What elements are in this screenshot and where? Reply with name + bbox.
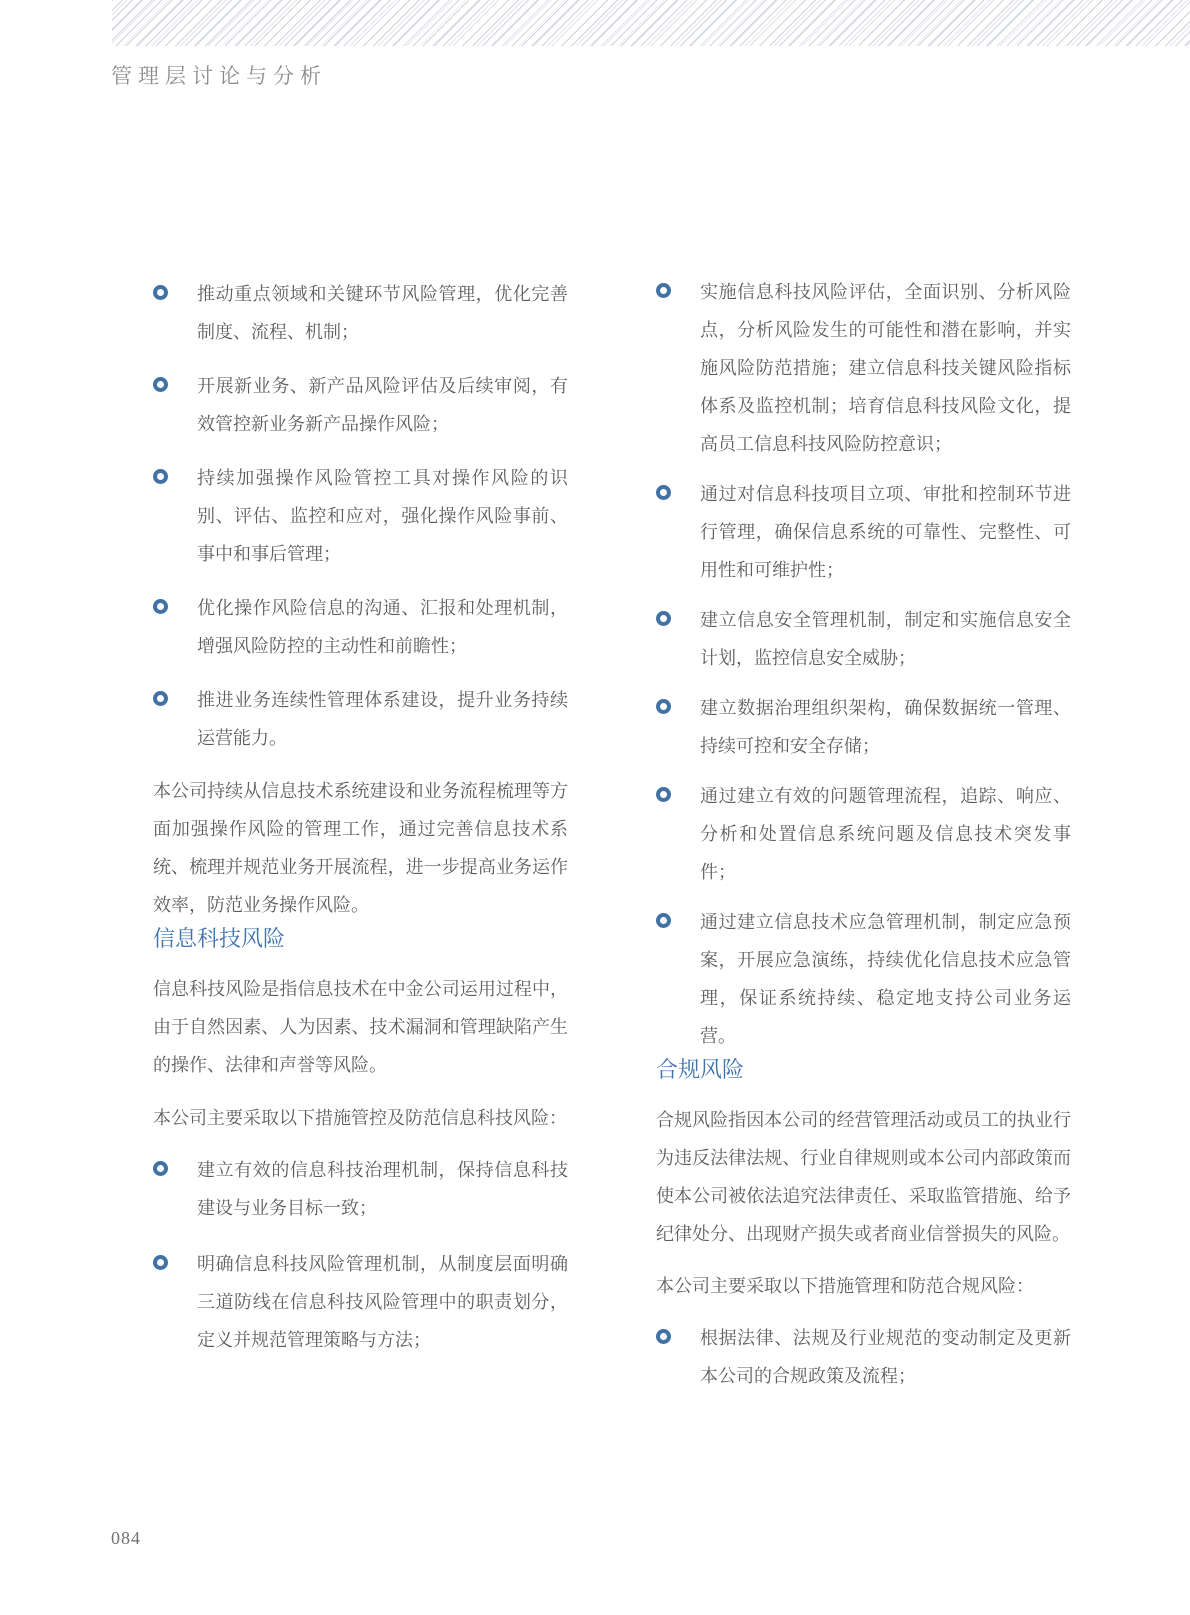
- bullet-text: 优化操作风险信息的沟通、汇报和处理机制，增强风险防控的主动性和前瞻性；: [197, 589, 568, 665]
- diagonal-hatch-band: [112, 0, 1190, 46]
- compliance-risk-measures-intro-paragraph: 本公司主要采取以下措施管理和防范合规风险：: [656, 1267, 1071, 1305]
- page-header-title: 管理层讨论与分析: [111, 60, 327, 90]
- right-column: 实施信息科技风险评估，全面识别、分析风险点，分析风险发生的可能性和潜在影响，并实…: [656, 273, 1071, 1395]
- it-risk-definition-paragraph: 信息科技风险是指信息技术在中金公司运用过程中，由于自然因素、人为因素、技术漏洞和…: [153, 970, 568, 1084]
- bullet-text: 推进业务连续性管理体系建设，提升业务持续运营能力。: [197, 681, 568, 757]
- section-heading-it-risk: 信息科技风险: [153, 924, 568, 954]
- bullet-item: 推动重点领域和关键环节风险管理，优化完善制度、流程、机制；: [153, 275, 568, 351]
- bullet-ring-icon: [656, 283, 671, 298]
- bullet-ring-icon: [153, 691, 168, 706]
- operational-risk-paragraph: 本公司持续从信息技术系统建设和业务流程梳理等方面加强操作风险的管理工作，通过完善…: [153, 772, 568, 924]
- bullet-item: 明确信息科技风险管理机制，从制度层面明确三道防线在信息科技风险管理中的职责划分，…: [153, 1245, 568, 1359]
- bullet-ring-icon: [153, 469, 168, 484]
- it-risk-bullet-list: 建立有效的信息科技治理机制，保持信息科技建设与业务目标一致； 明确信息科技风险管…: [153, 1151, 568, 1359]
- bullet-ring-icon: [153, 1161, 168, 1176]
- bullet-item: 优化操作风险信息的沟通、汇报和处理机制，增强风险防控的主动性和前瞻性；: [153, 589, 568, 665]
- bullet-item: 通过建立有效的问题管理流程，追踪、响应、分析和处置信息系统问题及信息技术突发事件…: [656, 777, 1071, 891]
- compliance-risk-bullet-list: 根据法律、法规及行业规范的变动制定及更新本公司的合规政策及流程；: [656, 1319, 1071, 1395]
- bullet-ring-icon: [656, 611, 671, 626]
- bullet-text: 明确信息科技风险管理机制，从制度层面明确三道防线在信息科技风险管理中的职责划分，…: [197, 1245, 568, 1359]
- bullet-text: 通过建立信息技术应急管理机制，制定应急预案，开展应急演练，持续优化信息技术应急管…: [700, 903, 1071, 1055]
- bullet-item: 通过对信息科技项目立项、审批和控制环节进行管理，确保信息系统的可靠性、完整性、可…: [656, 475, 1071, 589]
- bullet-item: 实施信息科技风险评估，全面识别、分析风险点，分析风险发生的可能性和潜在影响，并实…: [656, 273, 1071, 463]
- bullet-text: 持续加强操作风险管控工具对操作风险的识别、评估、监控和应对，强化操作风险事前、事…: [197, 459, 568, 573]
- bullet-item: 建立信息安全管理机制，制定和实施信息安全计划，监控信息安全威胁；: [656, 601, 1071, 677]
- bullet-ring-icon: [656, 485, 671, 500]
- it-risk-bullet-list-continued: 实施信息科技风险评估，全面识别、分析风险点，分析风险发生的可能性和潜在影响，并实…: [656, 273, 1071, 1055]
- bullet-item: 开展新业务、新产品风险评估及后续审阅，有效管控新业务新产品操作风险；: [153, 367, 568, 443]
- bullet-item: 根据法律、法规及行业规范的变动制定及更新本公司的合规政策及流程；: [656, 1319, 1071, 1395]
- bullet-item: 推进业务连续性管理体系建设，提升业务持续运营能力。: [153, 681, 568, 757]
- left-column: 推动重点领域和关键环节风险管理，优化完善制度、流程、机制； 开展新业务、新产品风…: [153, 275, 568, 1359]
- bullet-ring-icon: [153, 377, 168, 392]
- page-number: 084: [111, 1528, 141, 1549]
- bullet-ring-icon: [656, 1329, 671, 1344]
- it-risk-measures-intro-paragraph: 本公司主要采取以下措施管控及防范信息科技风险：: [153, 1099, 568, 1137]
- bullet-text: 建立信息安全管理机制，制定和实施信息安全计划，监控信息安全威胁；: [700, 601, 1071, 677]
- bullet-text: 推动重点领域和关键环节风险管理，优化完善制度、流程、机制；: [197, 275, 568, 351]
- report-page: 管理层讨论与分析 推动重点领域和关键环节风险管理，优化完善制度、流程、机制； 开…: [0, 0, 1190, 1615]
- bullet-text: 根据法律、法规及行业规范的变动制定及更新本公司的合规政策及流程；: [700, 1319, 1071, 1395]
- bullet-ring-icon: [153, 285, 168, 300]
- bullet-text: 实施信息科技风险评估，全面识别、分析风险点，分析风险发生的可能性和潜在影响，并实…: [700, 273, 1071, 463]
- bullet-item: 持续加强操作风险管控工具对操作风险的识别、评估、监控和应对，强化操作风险事前、事…: [153, 459, 568, 573]
- bullet-item: 建立数据治理组织架构，确保数据统一管理、持续可控和安全存储；: [656, 689, 1071, 765]
- bullet-text: 建立数据治理组织架构，确保数据统一管理、持续可控和安全存储；: [700, 689, 1071, 765]
- bullet-item: 建立有效的信息科技治理机制，保持信息科技建设与业务目标一致；: [153, 1151, 568, 1227]
- bullet-ring-icon: [656, 699, 671, 714]
- bullet-item: 通过建立信息技术应急管理机制，制定应急预案，开展应急演练，持续优化信息技术应急管…: [656, 903, 1071, 1055]
- bullet-text: 通过建立有效的问题管理流程，追踪、响应、分析和处置信息系统问题及信息技术突发事件…: [700, 777, 1071, 891]
- bullet-ring-icon: [656, 787, 671, 802]
- bullet-ring-icon: [153, 599, 168, 614]
- section-heading-compliance: 合规风险: [656, 1055, 1071, 1085]
- bullet-text: 建立有效的信息科技治理机制，保持信息科技建设与业务目标一致；: [197, 1151, 568, 1227]
- bullet-ring-icon: [153, 1255, 168, 1270]
- bullet-text: 开展新业务、新产品风险评估及后续审阅，有效管控新业务新产品操作风险；: [197, 367, 568, 443]
- bullet-ring-icon: [656, 913, 671, 928]
- bullet-text: 通过对信息科技项目立项、审批和控制环节进行管理，确保信息系统的可靠性、完整性、可…: [700, 475, 1071, 589]
- operational-risk-bullet-list: 推动重点领域和关键环节风险管理，优化完善制度、流程、机制； 开展新业务、新产品风…: [153, 275, 568, 757]
- compliance-risk-definition-paragraph: 合规风险指因本公司的经营管理活动或员工的执业行为违反法律法规、行业自律规则或本公…: [656, 1101, 1071, 1253]
